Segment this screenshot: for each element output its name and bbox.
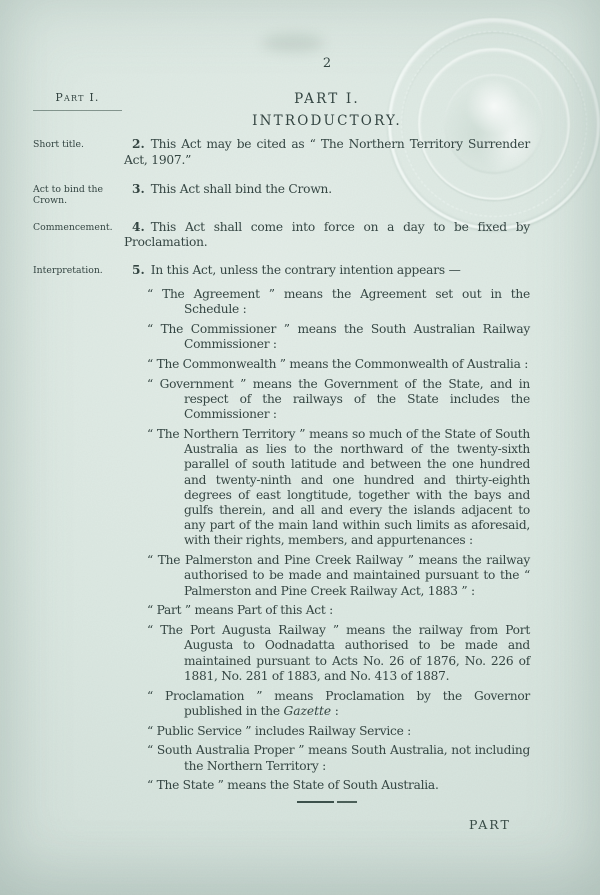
part-heading: PART I. bbox=[124, 91, 530, 108]
definition-agreement: “ The Agreement ” means the Agreement se… bbox=[124, 287, 530, 317]
section-2-text: This Act may be cited as “ The Northern … bbox=[124, 137, 530, 167]
definitions-list: “ The Agreement ” means the Agreement se… bbox=[124, 287, 530, 798]
definition-government: “ Government ” means the Government of t… bbox=[124, 377, 530, 423]
definition-commonwealth: “ The Commonwealth ” means the Commonwea… bbox=[124, 357, 530, 372]
section-4-number: 4. bbox=[132, 220, 145, 234]
definition-proclamation-post: : bbox=[331, 704, 338, 718]
definition-commissioner: “ The Commissioner ” means the South Aus… bbox=[124, 322, 530, 352]
definition-part: “ Part ” means Part of this Act : bbox=[124, 603, 530, 618]
definition-the-state: “ The State ” means the State of South A… bbox=[124, 778, 530, 793]
section-4-paragraph: 4.This Act shall come into force on a da… bbox=[124, 220, 530, 252]
definition-south-australia-proper: “ South Australia Proper ” means South A… bbox=[124, 743, 530, 773]
section-3-number: 3. bbox=[132, 182, 145, 196]
catchword: PART bbox=[469, 817, 511, 832]
definition-northern-territory: “ The Northern Territory ” means so much… bbox=[124, 427, 530, 549]
section-3-paragraph: 3.This Act shall bind the Crown. bbox=[124, 182, 530, 198]
margin-part-label: Part I. bbox=[33, 91, 122, 111]
margin-note-short-title: Short title. bbox=[33, 137, 117, 151]
rule-segment-short bbox=[337, 801, 357, 803]
section-5-text: In this Act, unless the contrary intenti… bbox=[151, 263, 461, 277]
end-of-part-rule bbox=[297, 801, 357, 803]
definition-port-augusta-railway: “ The Port Augusta Railway ” means the r… bbox=[124, 623, 530, 684]
introductory-heading: INTRODUCTORY. bbox=[124, 113, 530, 130]
section-2-number: 2. bbox=[132, 137, 145, 151]
margin-note-interpretation: Interpretation. bbox=[33, 263, 117, 277]
rule-segment-long bbox=[297, 801, 334, 803]
margin-note-commencement: Commencement. bbox=[33, 220, 117, 234]
definition-proclamation: “ Proclamation ” means Proclamation by t… bbox=[124, 689, 530, 719]
section-5-paragraph: 5.In this Act, unless the contrary inten… bbox=[124, 263, 530, 279]
section-5-number: 5. bbox=[132, 263, 145, 277]
definition-palmerston-railway: “ The Palmerston and Pine Creek Railway … bbox=[124, 553, 530, 599]
page-number: 2 bbox=[124, 56, 530, 72]
margin-note-act-to-bind: Act to bind the Crown. bbox=[33, 182, 117, 207]
definition-public-service: “ Public Service ” includes Railway Serv… bbox=[124, 724, 530, 739]
section-4-text: This Act shall come into force on a day … bbox=[124, 220, 530, 250]
section-3-text: This Act shall bind the Crown. bbox=[151, 182, 332, 196]
gazette-italic: Gazette bbox=[283, 704, 331, 718]
scanned-act-page: 2 Part I. PART I. INTRODUCTORY. Short ti… bbox=[0, 0, 600, 895]
document-body: 2 Part I. PART I. INTRODUCTORY. Short ti… bbox=[33, 0, 530, 798]
section-2-paragraph: 2.This Act may be cited as “ The Norther… bbox=[124, 137, 530, 169]
